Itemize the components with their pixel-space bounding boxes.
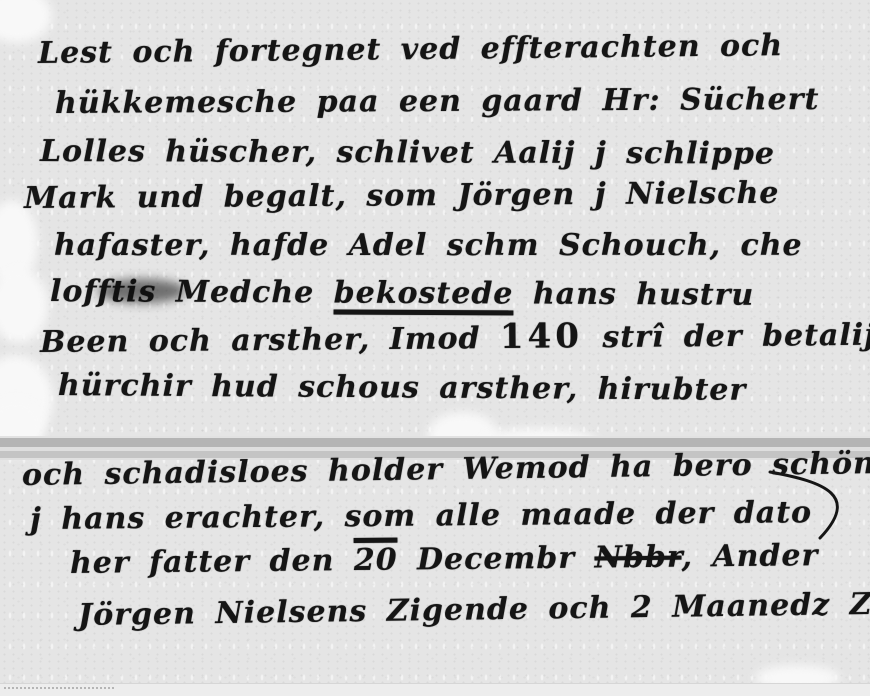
underlined-word: bekostede bbox=[334, 275, 514, 311]
handwriting-line: Jörgen Nielsens Zigende och 2 Maanedz Zi… bbox=[78, 585, 870, 633]
pen-flourish bbox=[768, 466, 868, 546]
handwriting-line: j hans erachter, som alle maade der dato bbox=[30, 495, 812, 537]
handwritten-word: lofftis Medche bbox=[50, 274, 334, 310]
scanner-edge-strip bbox=[0, 683, 870, 696]
scanner-dotted-artifact bbox=[4, 687, 114, 689]
ink-smudge bbox=[98, 279, 186, 303]
handwritten-word: strî der betalij bbox=[583, 318, 870, 356]
handwritten-word: Been och arsther, Imod bbox=[40, 321, 500, 360]
handwriting-line: hürchir hud schous arsther, hirubter bbox=[58, 368, 747, 408]
handwriting-line: Mark und begalt, som Jörgen j Nielsche bbox=[24, 176, 780, 216]
handwriting-line: Lolles hüscher, schlivet Aalij j schlipp… bbox=[40, 134, 775, 172]
amount-figure-140: 140 bbox=[500, 316, 583, 357]
handwritten-word: hans hustru bbox=[513, 276, 754, 312]
date-day-overlined: 20 bbox=[354, 543, 398, 578]
crossed-out-word: Nbbr bbox=[594, 540, 681, 576]
handwriting-line: Lest och fortegnet ved effterachten och bbox=[38, 28, 783, 71]
handwritten-word: Decembr bbox=[397, 541, 594, 578]
handwriting-line: Been och arsther, Imod 140 strî der beta… bbox=[40, 314, 870, 361]
manuscript-page: Lest och fortegnet ved effterachten och … bbox=[0, 0, 870, 696]
handwriting-line: her fatter den 20 Decembr Nbbr, Ander bbox=[70, 538, 819, 581]
handwriting-line: hafaster, hafde Adel schm Schouch, che bbox=[54, 228, 803, 263]
handwritten-word: her fatter den bbox=[70, 543, 354, 581]
handwriting-line: hükkemesche paa een gaard Hr: Süchert bbox=[55, 82, 820, 121]
